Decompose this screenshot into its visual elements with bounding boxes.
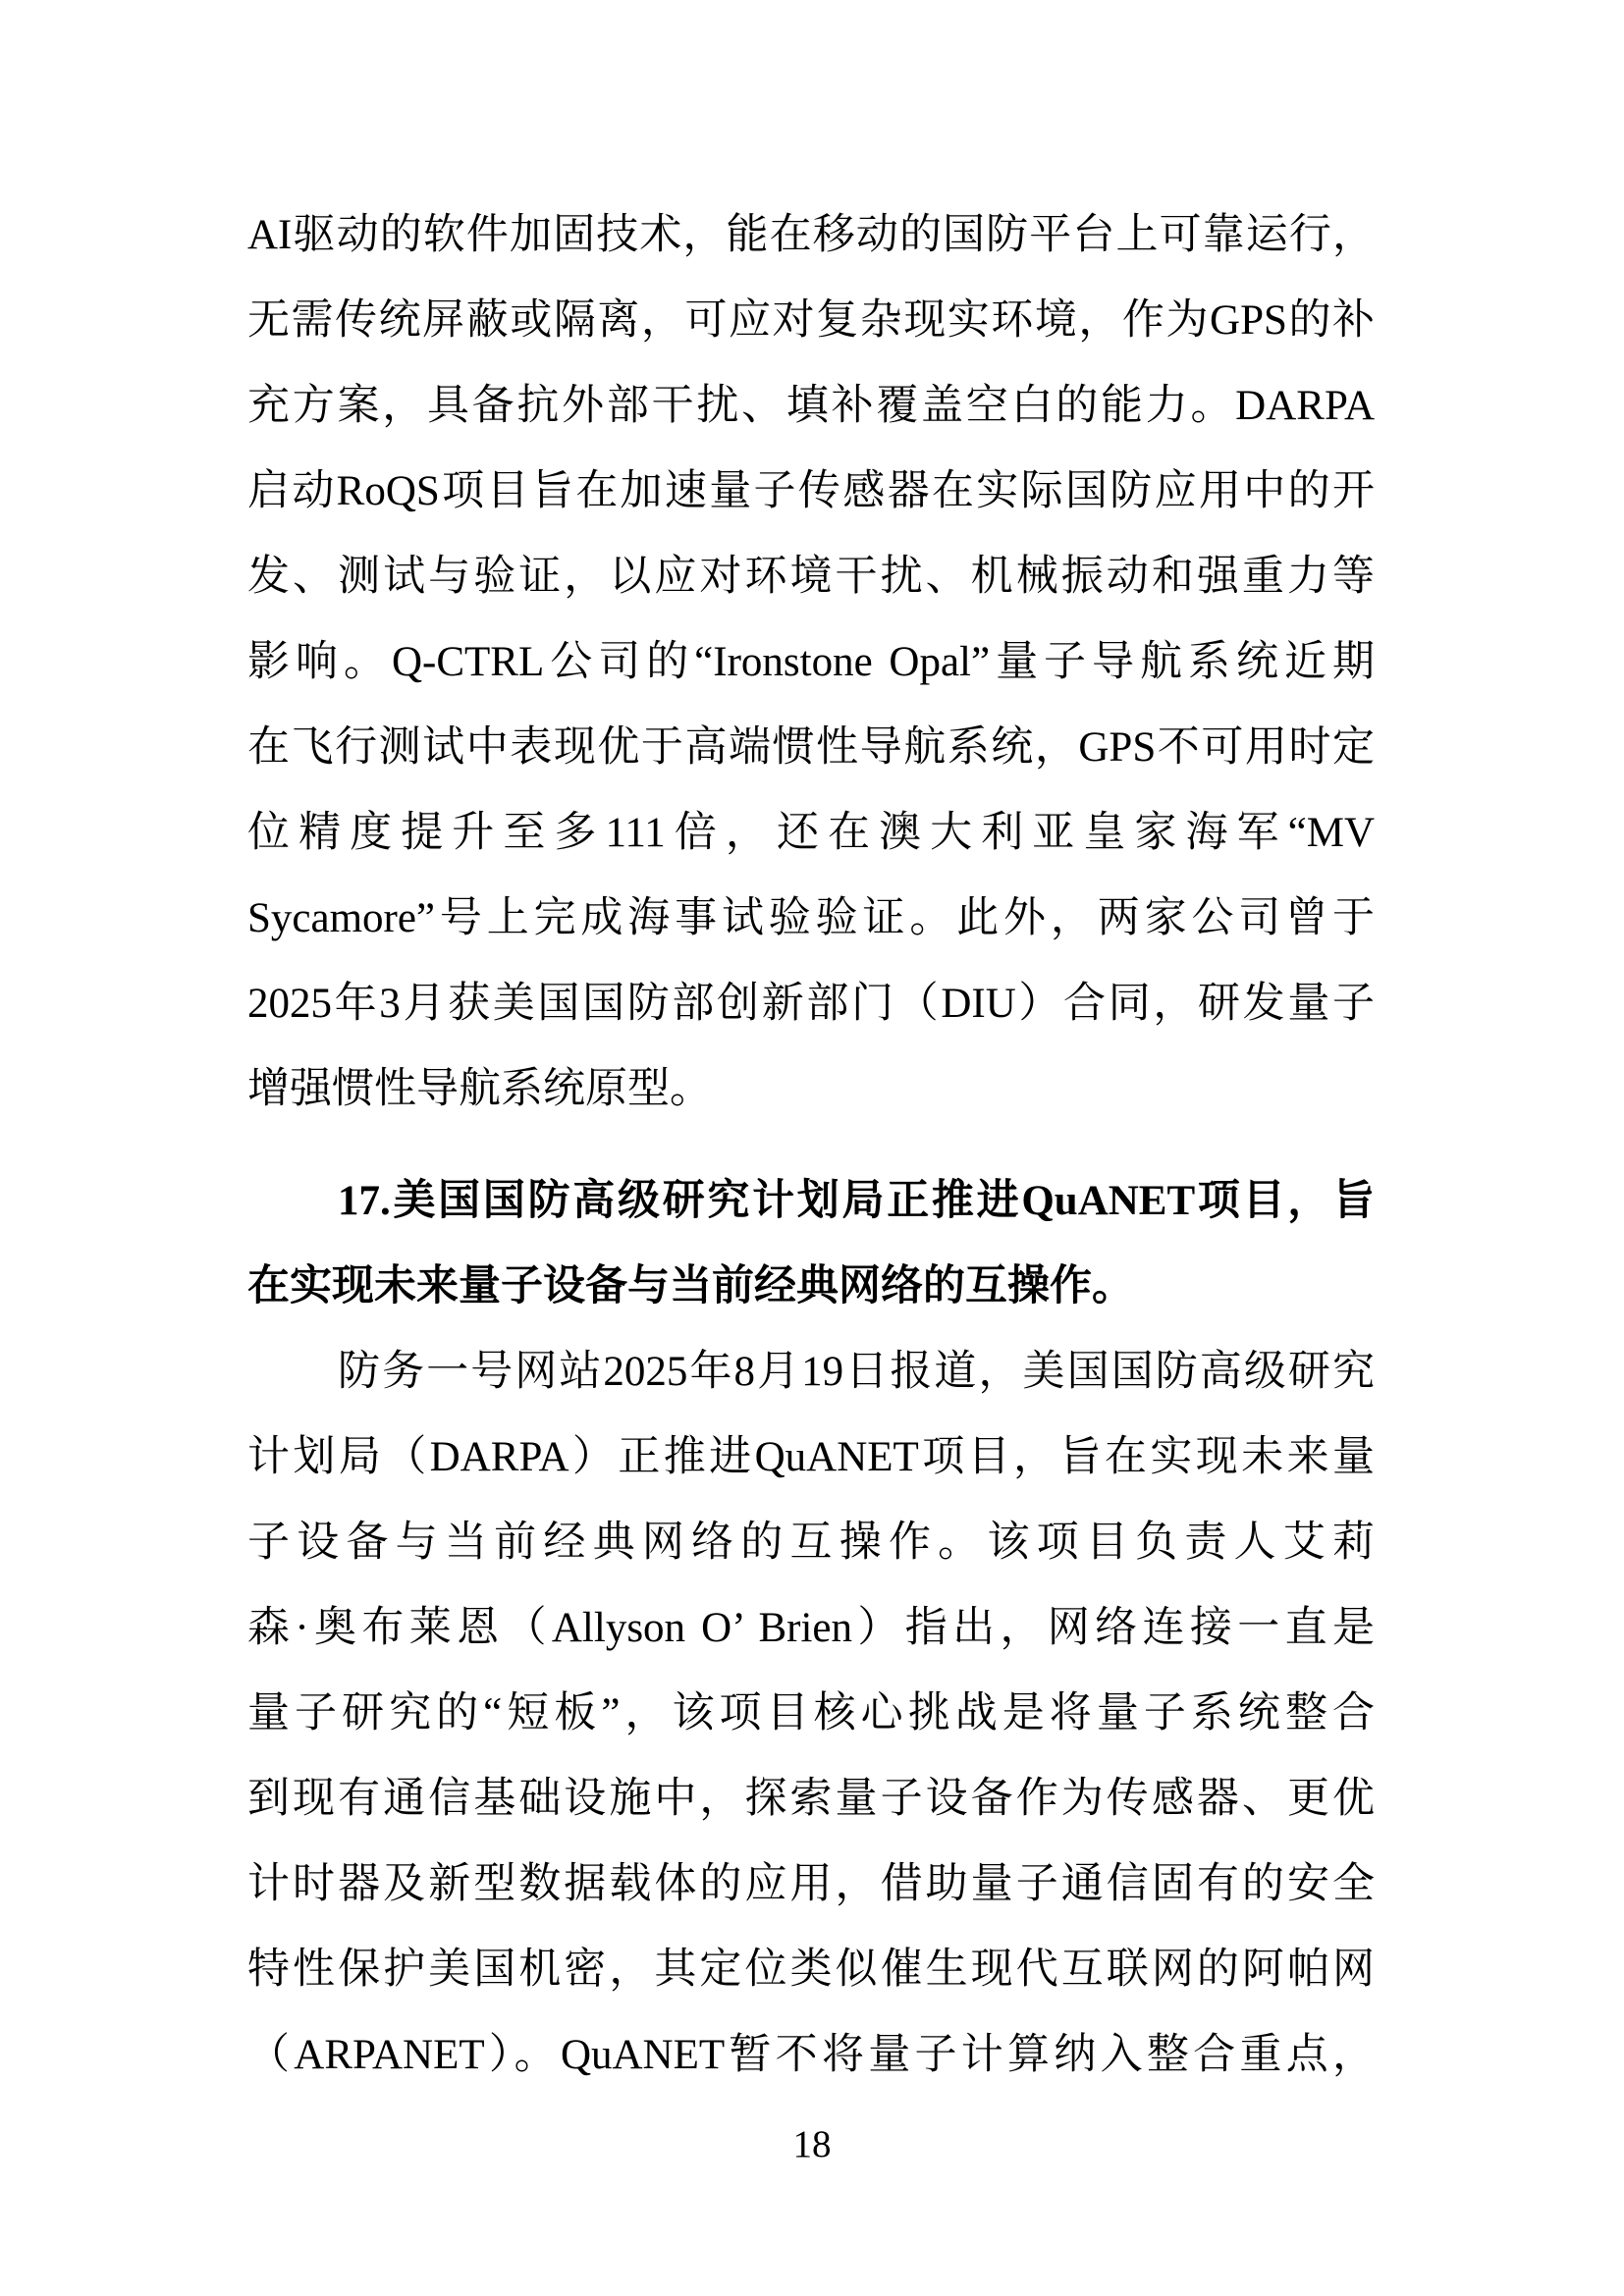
text-line: 子设备与当前经典网络的互操作。该项目负责人艾莉 — [247, 1500, 1375, 1585]
text-line: （ARPANET）。QuANET暂不将量子计算纳入整合重点， — [247, 2012, 1375, 2098]
text-line: Sycamore”号上完成海事试验验证。此外，两家公司曾于 — [247, 876, 1375, 961]
paragraph-end-line: 增强惯性导航系统原型。 — [247, 1046, 1375, 1132]
text-line: 发、测试与验证，以应对环境干扰、机械振动和强重力等 — [247, 534, 1375, 619]
text-line: 量子研究的“短板”，该项目核心挑战是将量子系统整合 — [247, 1671, 1375, 1756]
text-line: 计时器及新型数据载体的应用，借助量子通信固有的安全 — [247, 1842, 1375, 1927]
section-heading-line: 17.美国国防高级研究计划局正推进QuANET项目，旨 — [247, 1158, 1375, 1244]
text-line: AI驱动的软件加固技术，能在移动的国防平台上可靠运行， — [247, 192, 1375, 278]
text-block: AI驱动的软件加固技术，能在移动的国防平台上可靠运行， 无需传统屏蔽或隔离，可应… — [247, 192, 1375, 2098]
paragraph-start-line: 防务一号网站2025年8月19日报道，美国国防高级研究 — [247, 1329, 1375, 1415]
page-number: 18 — [0, 2122, 1624, 2167]
text-line: 森·奥布莱恩（Allyson O’ Brien）指出，网络连接一直是 — [247, 1585, 1375, 1671]
document-page: AI驱动的软件加固技术，能在移动的国防平台上可靠运行， 无需传统屏蔽或隔离，可应… — [0, 0, 1624, 2296]
text-line: 充方案，具备抗外部干扰、填补覆盖空白的能力。DARPA — [247, 363, 1375, 449]
text-line: 位精度提升至多111倍，还在澳大利亚皇家海军“MV — [247, 790, 1375, 876]
text-line: 影响。Q-CTRL公司的“Ironstone Opal”量子导航系统近期 — [247, 619, 1375, 705]
section-heading-line: 在实现未来量子设备与当前经典网络的互操作。 — [247, 1244, 1375, 1329]
text-line: 启动RoQS项目旨在加速量子传感器在实际国防应用中的开 — [247, 449, 1375, 534]
text-line: 在飞行测试中表现优于高端惯性导航系统，GPS不可用时定 — [247, 705, 1375, 790]
text-line: 特性保护美国机密，其定位类似催生现代互联网的阿帕网 — [247, 1927, 1375, 2012]
text-line: 计划局（DARPA）正推进QuANET项目，旨在实现未来量 — [247, 1415, 1375, 1500]
text-line: 到现有通信基础设施中，探索量子设备作为传感器、更优 — [247, 1756, 1375, 1842]
text-line: 2025年3月获美国国防部创新部门（DIU）合同，研发量子 — [247, 961, 1375, 1046]
text-line: 无需传统屏蔽或隔离，可应对复杂现实环境，作为GPS的补 — [247, 278, 1375, 363]
